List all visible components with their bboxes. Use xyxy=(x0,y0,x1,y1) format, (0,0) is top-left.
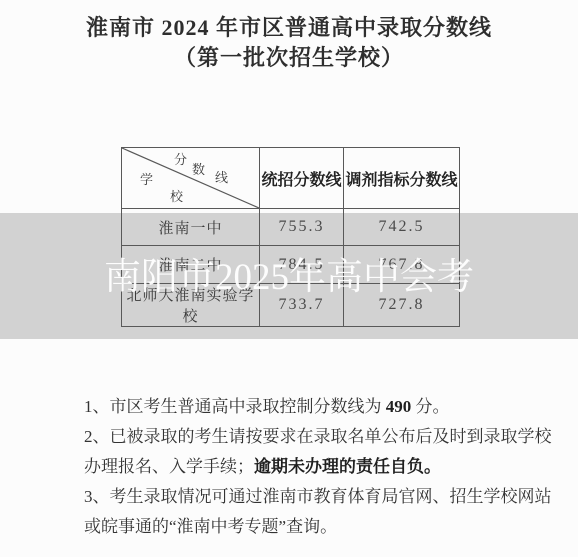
title-line-2: （第一批次招生学校） xyxy=(0,43,578,73)
tiaoji-score-cell: 742.5 xyxy=(344,209,460,246)
note-2-bold-warning: 逾期未办理的责任自负。 xyxy=(254,457,441,476)
corner-char-xian: 线 xyxy=(215,171,228,184)
table-corner-cell: 分 数 线 学 校 xyxy=(122,148,260,209)
note-1-text: 1、市区考生普通高中录取控制分数线为 xyxy=(84,397,386,416)
note-2-line-1: 2、已被录取的考生请按要求在录取名单公布后及时到录取学校 xyxy=(84,422,544,452)
note-1-bold-score: 490 xyxy=(386,397,412,416)
title-line-1: 淮南市 2024 年市区普通高中录取分数线 xyxy=(0,13,578,43)
notes-section: 1、市区考生普通高中录取控制分数线为 490 分。 2、已被录取的考生请按要求在… xyxy=(84,392,544,542)
table-header-row: 分 数 线 学 校 统招分数线 调剂指标分数线 xyxy=(122,148,460,209)
corner-char-shu: 数 xyxy=(192,163,205,176)
watermark-text: 南阳市2025年高中会考 xyxy=(0,253,578,303)
note-2-line-2-text: 办理报名、入学手续； xyxy=(84,457,254,476)
column-header-tiaoji: 调剂指标分数线 xyxy=(344,148,460,209)
note-1: 1、市区考生普通高中录取控制分数线为 490 分。 xyxy=(84,392,544,422)
note-3-line-1: 3、考生录取情况可通过淮南市教育体育局官网、招生学校网站 xyxy=(84,482,544,512)
column-header-tongzhao: 统招分数线 xyxy=(260,148,344,209)
tongzhao-score-cell: 755.3 xyxy=(260,209,344,246)
page-title: 淮南市 2024 年市区普通高中录取分数线 （第一批次招生学校） xyxy=(0,13,578,73)
school-name-cell: 淮南一中 xyxy=(122,209,260,246)
corner-char-fen: 分 xyxy=(174,153,187,166)
corner-char-xiao: 校 xyxy=(170,190,183,203)
note-1-suffix: 分。 xyxy=(411,397,449,416)
corner-char-xue: 学 xyxy=(140,173,153,186)
note-3-line-2: 或皖事通的“淮南中考专题”查询。 xyxy=(84,512,544,542)
note-2-line-2: 办理报名、入学手续；逾期未办理的责任自负。 xyxy=(84,452,544,482)
table-row: 淮南一中 755.3 742.5 xyxy=(122,209,460,246)
